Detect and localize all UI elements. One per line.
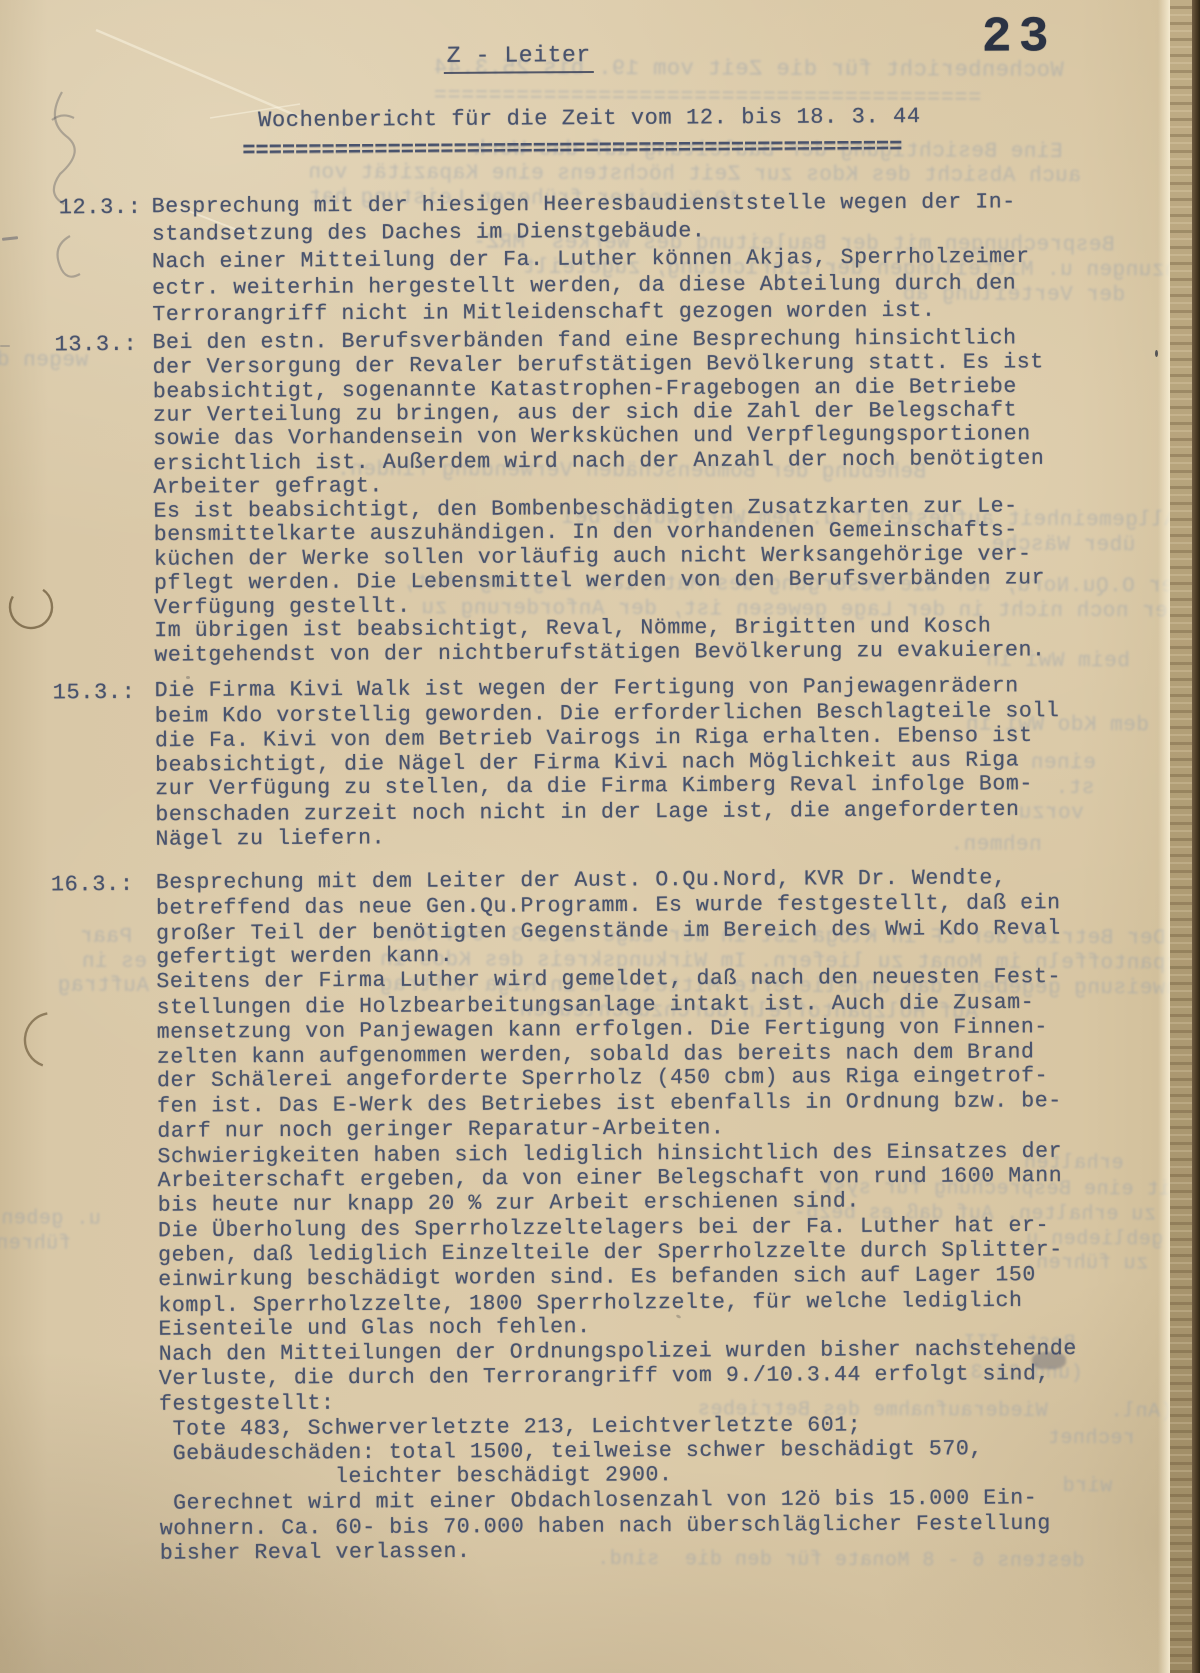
- report-entry: 16.3.:Besprechung mit dem Leiter der Aus…: [1, 865, 1200, 872]
- entry-line: Terrorangriff nicht in Mitleidenschaft g…: [152, 297, 1030, 329]
- report-title: Wochenbericht für die Zeit vom 12. bis 1…: [258, 104, 921, 133]
- entry-date: 12.3.:: [59, 195, 142, 221]
- report-entries: 12.3.:Besprechung mit der hiesigen Heere…: [0, 0, 1195, 4]
- report-entry: 12.3.:Besprechung mit der hiesigen Heere…: [0, 188, 1197, 195]
- typewritten-text-layer: Z - Leiter 23 Wochenbericht für die Zeit…: [0, 0, 1200, 1673]
- entry-line: leichter beschädigt 2900.: [159, 1461, 1077, 1491]
- entry-line: bensmittelkarte auszuhändigen. In den vo…: [154, 518, 1045, 547]
- page-number: 23: [981, 9, 1055, 66]
- entry-line: Verluste, die durch den Terrorangriff vo…: [159, 1362, 1077, 1392]
- document-scan-page: Wochenbericht für die Zeit vom 19. bis 2…: [0, 0, 1200, 1673]
- entry-date: 16.3.:: [51, 872, 134, 898]
- entry-line: weitgehendst von der nichtberufstätigen …: [154, 638, 1045, 667]
- entry-line: Nach einer Mitteilung der Fa. Luther kön…: [152, 244, 1030, 276]
- report-title-underline: ========================================…: [242, 134, 902, 163]
- entry-lines: Bei den estn. Berufsverbänden fand eine …: [152, 326, 1045, 667]
- entry-line: Arbeiterschaft ergeben, da von einer Bel…: [158, 1164, 1076, 1194]
- entry-lines: Besprechung mit der hiesigen Heeresbaudi…: [152, 189, 1030, 329]
- entry-lines: Besprechung mit dem Leiter der Aust. O.Q…: [156, 866, 1078, 1566]
- report-entry: 15.3.:Die Firma Kivi Walk ist wegen der …: [0, 673, 1200, 680]
- document-header-title: Z - Leiter: [444, 42, 594, 74]
- entry-line: Bei den estn. Berufsverbänden fand eine …: [152, 326, 1043, 355]
- entry-date: 15.3.:: [53, 680, 136, 706]
- entry-date: 13.3.:: [54, 332, 137, 358]
- entry-line: Im übrigen ist beabsichtigt, Reval, Nömm…: [154, 614, 1045, 643]
- entry-line: Besprechung mit der hiesigen Heeresbaudi…: [152, 189, 1030, 221]
- entry-lines: Die Firma Kivi Walk ist wegen der Fertig…: [155, 674, 1061, 852]
- entry-line: Besprechung mit dem Leiter der Aust. O.Q…: [156, 866, 1074, 896]
- entry-line: Die Firma Kivi Walk ist wegen der Fertig…: [155, 674, 1060, 704]
